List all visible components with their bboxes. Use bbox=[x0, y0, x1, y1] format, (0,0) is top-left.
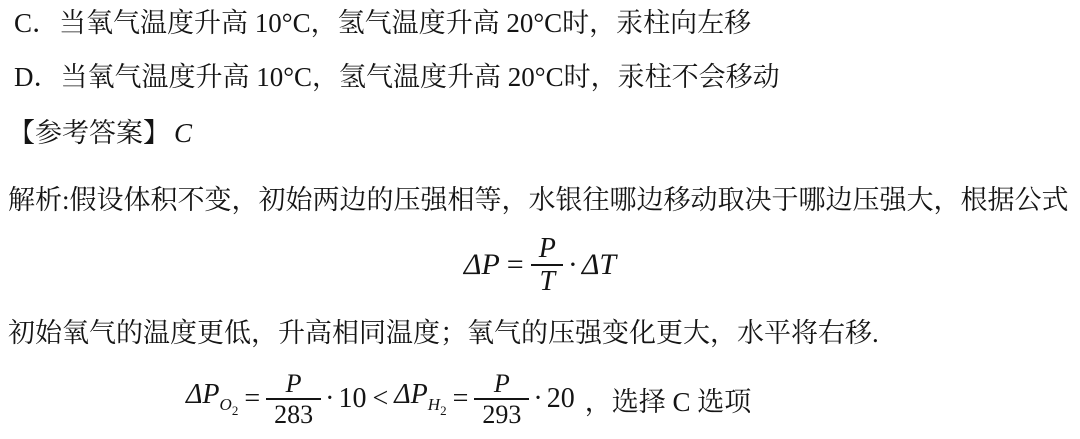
multiplication-dot-2: · bbox=[533, 383, 542, 415]
factor-20: 20 bbox=[547, 383, 575, 415]
answer-prefix: 【参考答案】 bbox=[8, 118, 170, 148]
choose-option-text: ，选择 C 选项 bbox=[585, 380, 752, 419]
option-c-text: 当氧气温度升高 10°C，氢气温度升高 20°C时，汞柱向左移 bbox=[59, 8, 751, 38]
equals-sign: = bbox=[507, 248, 524, 282]
multiplication-dot: · bbox=[568, 248, 578, 282]
document-page: C．当氧气温度升高 10°C，氢气温度升高 20°C时，汞柱向左移 D．当氧气温… bbox=[0, 0, 1080, 439]
option-d-line: D．当氧气温度升高 10°C，氢气温度升高 20°C时，汞柱不会移动 bbox=[14, 61, 780, 95]
conclusion-line: 初始氧气的温度更低，升高相同温度；氧气的压强变化更大，水平将右移. bbox=[8, 317, 879, 351]
formula1-rhs: ΔT bbox=[582, 248, 616, 282]
answer-value: C bbox=[174, 118, 192, 148]
formula-comparison: ΔPO2 = P 283 · 10 < ΔPH2 = P 293 · 20 ，选… bbox=[186, 364, 751, 434]
equals-sign-1: = bbox=[244, 383, 260, 415]
fraction-p-over-t: P T bbox=[531, 233, 564, 298]
option-d-label: D． bbox=[14, 62, 61, 92]
fraction2-denominator: 293 bbox=[474, 398, 529, 429]
formula-delta-p: ΔP = P T · ΔT bbox=[0, 231, 1080, 299]
delta-p-o2-term: ΔPO2 bbox=[186, 379, 238, 419]
subscript-h: H bbox=[428, 395, 440, 414]
fraction-numerator: P bbox=[531, 233, 564, 264]
analysis-text: 解析:假设体积不变，初始两边的压强相等，水银往哪边移动取决于哪边压强大，根据公式 bbox=[8, 185, 1069, 215]
fraction-p-over-293: P 293 bbox=[474, 369, 529, 429]
formula1-lhs: ΔP bbox=[464, 248, 500, 282]
equals-sign-2: = bbox=[453, 383, 469, 415]
delta-p-h2: ΔP bbox=[394, 379, 428, 410]
subscript-o-2: 2 bbox=[232, 403, 239, 418]
delta-p-h2-term: ΔPH2 bbox=[394, 379, 446, 419]
fraction2-numerator: P bbox=[486, 369, 518, 398]
conclusion-text: 初始氧气的温度更低，升高相同温度；氧气的压强变化更大，水平将右移. bbox=[8, 318, 879, 348]
factor-10: 10 bbox=[338, 383, 366, 415]
subscript-o: O bbox=[220, 395, 232, 414]
option-c-line: C．当氧气温度升高 10°C，氢气温度升高 20°C时，汞柱向左移 bbox=[14, 7, 751, 41]
fraction1-numerator: P bbox=[278, 369, 310, 398]
option-c-label: C． bbox=[14, 8, 59, 38]
option-d-text: 当氧气温度升高 10°C，氢气温度升高 20°C时，汞柱不会移动 bbox=[61, 62, 780, 92]
fraction-p-over-283: P 283 bbox=[266, 369, 321, 429]
fraction1-denominator: 283 bbox=[266, 398, 321, 429]
delta-p-o2: ΔP bbox=[186, 379, 220, 410]
subscript-h-2: 2 bbox=[440, 403, 447, 418]
multiplication-dot-1: · bbox=[325, 383, 334, 415]
analysis-line: 解析:假设体积不变，初始两边的压强相等，水银往哪边移动取决于哪边压强大，根据公式 bbox=[8, 184, 1069, 218]
less-than-sign: < bbox=[372, 383, 388, 415]
answer-line: 【参考答案】C bbox=[8, 117, 192, 151]
fraction-denominator: T bbox=[531, 264, 563, 297]
